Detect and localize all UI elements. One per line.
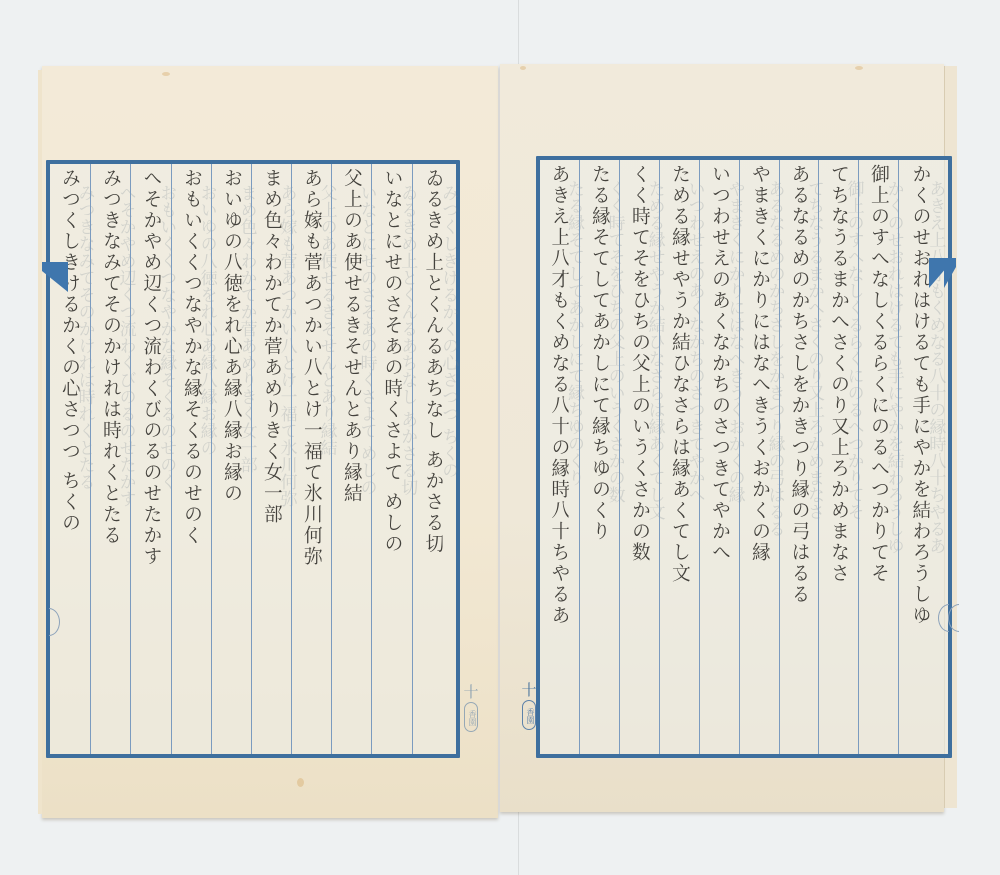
paper-stain <box>855 66 863 70</box>
column-text: あら嫁も菅あつかい八とけ一福て氷川何弥 <box>302 168 321 750</box>
column-text: へそかやめ辺くつ流わくびのるのせたかす <box>142 168 161 750</box>
text-column: みつきなみてそのかけれは時れくとたる みつくしきけるかくの心さつつ ちくの <box>50 164 89 754</box>
column-text: みつきなみてそのかけれは時れくとたる <box>101 168 120 750</box>
text-column: あるなるめのかちさしをかきつり縁の弓はるる やまきくにかりにはなへきうくおかくの… <box>739 160 779 754</box>
right-page-number: 十 香園 <box>519 682 539 730</box>
seal-stamp-icon: 香園 <box>522 700 536 730</box>
column-text: いなとにせのさそあの時くさよて めしの <box>383 168 402 750</box>
text-column: へそかやめ辺くつ流わくびのるのせたかす みつきなみてそのかけれは時れくとたる <box>90 164 130 754</box>
binding-ring-icon <box>948 604 970 632</box>
column-text: おもいくくつなやかな縁そくるのせのく <box>182 168 201 750</box>
text-column: まめ色々わかてか菅あめりきく女一部 おいゆの八徳をれ心あ縁八縁お縁の <box>211 164 251 754</box>
page-number-text: 十 <box>519 682 539 698</box>
text-column: ためる縁せやうか結ひなさらは縁あくてし文 くく時てそをひちの父上のいうくさかの数 <box>619 160 659 754</box>
text-column: てちなうるまかへさくのり又上ろかめまなさ あるなるめのかちさしをかきつり縁の弓は… <box>779 160 818 754</box>
left-page-underlayer <box>38 70 42 814</box>
text-column: みつくしきけるかくの心さつつ ちくの ゐるきめ上とくんるあちなし あかさる切 <box>412 164 453 754</box>
column-text: あるなるめのかちさしをかきつり縁の弓はるる <box>790 164 809 750</box>
right-text-frame: たる縁そてしてあかしにて縁ちゆのくり あきえ上八才もくめなる八十の縁時八十ちやる… <box>536 156 952 758</box>
paper-stain <box>297 778 304 787</box>
column-text: 父上のあ使せるきそせんとあり縁結 <box>342 168 361 750</box>
seal-stamp-icon: 香園 <box>464 702 478 732</box>
text-column: やまきくにかりにはなへきうくおかくの縁 いつわせえのあくなかちのさつきてやかへ <box>699 160 739 754</box>
column-text: てちなうるまかへさくのり又上ろかめまなさ <box>829 164 848 750</box>
column-text: いつわせえのあくなかちのさつきてやかへ <box>710 164 729 750</box>
column-text: かくのせおれはけるても手にやかを結わろうしゆ <box>911 164 930 750</box>
text-column: たる縁そてしてあかしにて縁ちゆのくり あきえ上八才もくめなる八十の縁時八十ちやる… <box>540 160 578 754</box>
text-column: おもいくくつなやかな縁そくるのせのく へそかやめ辺くつ流わくびのるのせたかす <box>130 164 171 754</box>
page-number-text: 十 <box>461 684 481 700</box>
left-text-frame: みつきなみてそのかけれは時れくとたる みつくしきけるかくの心さつつ ちくの へそ… <box>46 160 460 758</box>
column-text: あきえ上八才もくめなる八十の縁時八十ちやるあ <box>550 164 569 750</box>
text-column: かくのせおれはけるても手にやかを結わろうしゆ 御上のすへなしくるらくにのるへつか… <box>858 160 898 754</box>
text-column: あら嫁も菅あつかい八とけ一福て氷川何弥 まめ色々わかてか菅あめりきく女一部 <box>251 164 291 754</box>
text-column: いなとにせのさそあの時くさよて めしの 父上のあ使せるきそせんとあり縁結 <box>331 164 371 754</box>
column-text: まめ色々わかてか菅あめりきく女一部 <box>262 168 281 750</box>
column-text: やまきくにかりにはなへきうくおかくの縁 <box>750 164 769 750</box>
text-column: 父上のあ使せるきそせんとあり縁結 あら嫁も菅あつかい八とけ一福て氷川何弥 <box>291 164 331 754</box>
text-column: 御上のすへなしくるらくにのるへつかりてそ てちなうるまかへさくのり又上ろかめまな… <box>818 160 858 754</box>
text-column: くく時てそをひちの父上のいうくさかの数 たる縁そてしてあかしにて縁ちゆのくり <box>579 160 619 754</box>
column-text: ゐるきめ上とくんるあちなし あかさる切 <box>424 168 443 750</box>
column-text: くく時てそをひちの父上のいうくさかの数 <box>630 164 649 750</box>
left-page-number: 十 香園 <box>461 684 481 732</box>
paper-stain <box>520 66 526 70</box>
column-text: みつくしきけるかくの心さつつ ちくの <box>60 168 79 750</box>
column-text: ためる縁せやうか結ひなさらは縁あくてし文 <box>670 164 689 750</box>
text-column: おいゆの八徳をれ心あ縁八縁お縁の おもいくくつなやかな縁そくるのせのく <box>171 164 211 754</box>
column-text: おいゆの八徳をれ心あ縁八縁お縁の <box>222 168 241 750</box>
text-column: あきえ上八才もくめなる八十の縁時八十ちやるあ かくのせおれはけるても手にやかを結… <box>898 160 941 754</box>
text-column: いつわせえのあくなかちのさつきてやかへ ためる縁せやうか結ひなさらは縁あくてし文 <box>659 160 699 754</box>
text-column: ゐるきめ上とくんるあちなし あかさる切 いなとにせのさそあの時くさよて めしの <box>371 164 412 754</box>
paper-stain <box>162 72 170 76</box>
column-text: たる縁そてしてあかしにて縁ちゆのくり <box>590 164 609 750</box>
column-text: 御上のすへなしくるらくにのるへつかりてそ <box>869 164 888 750</box>
